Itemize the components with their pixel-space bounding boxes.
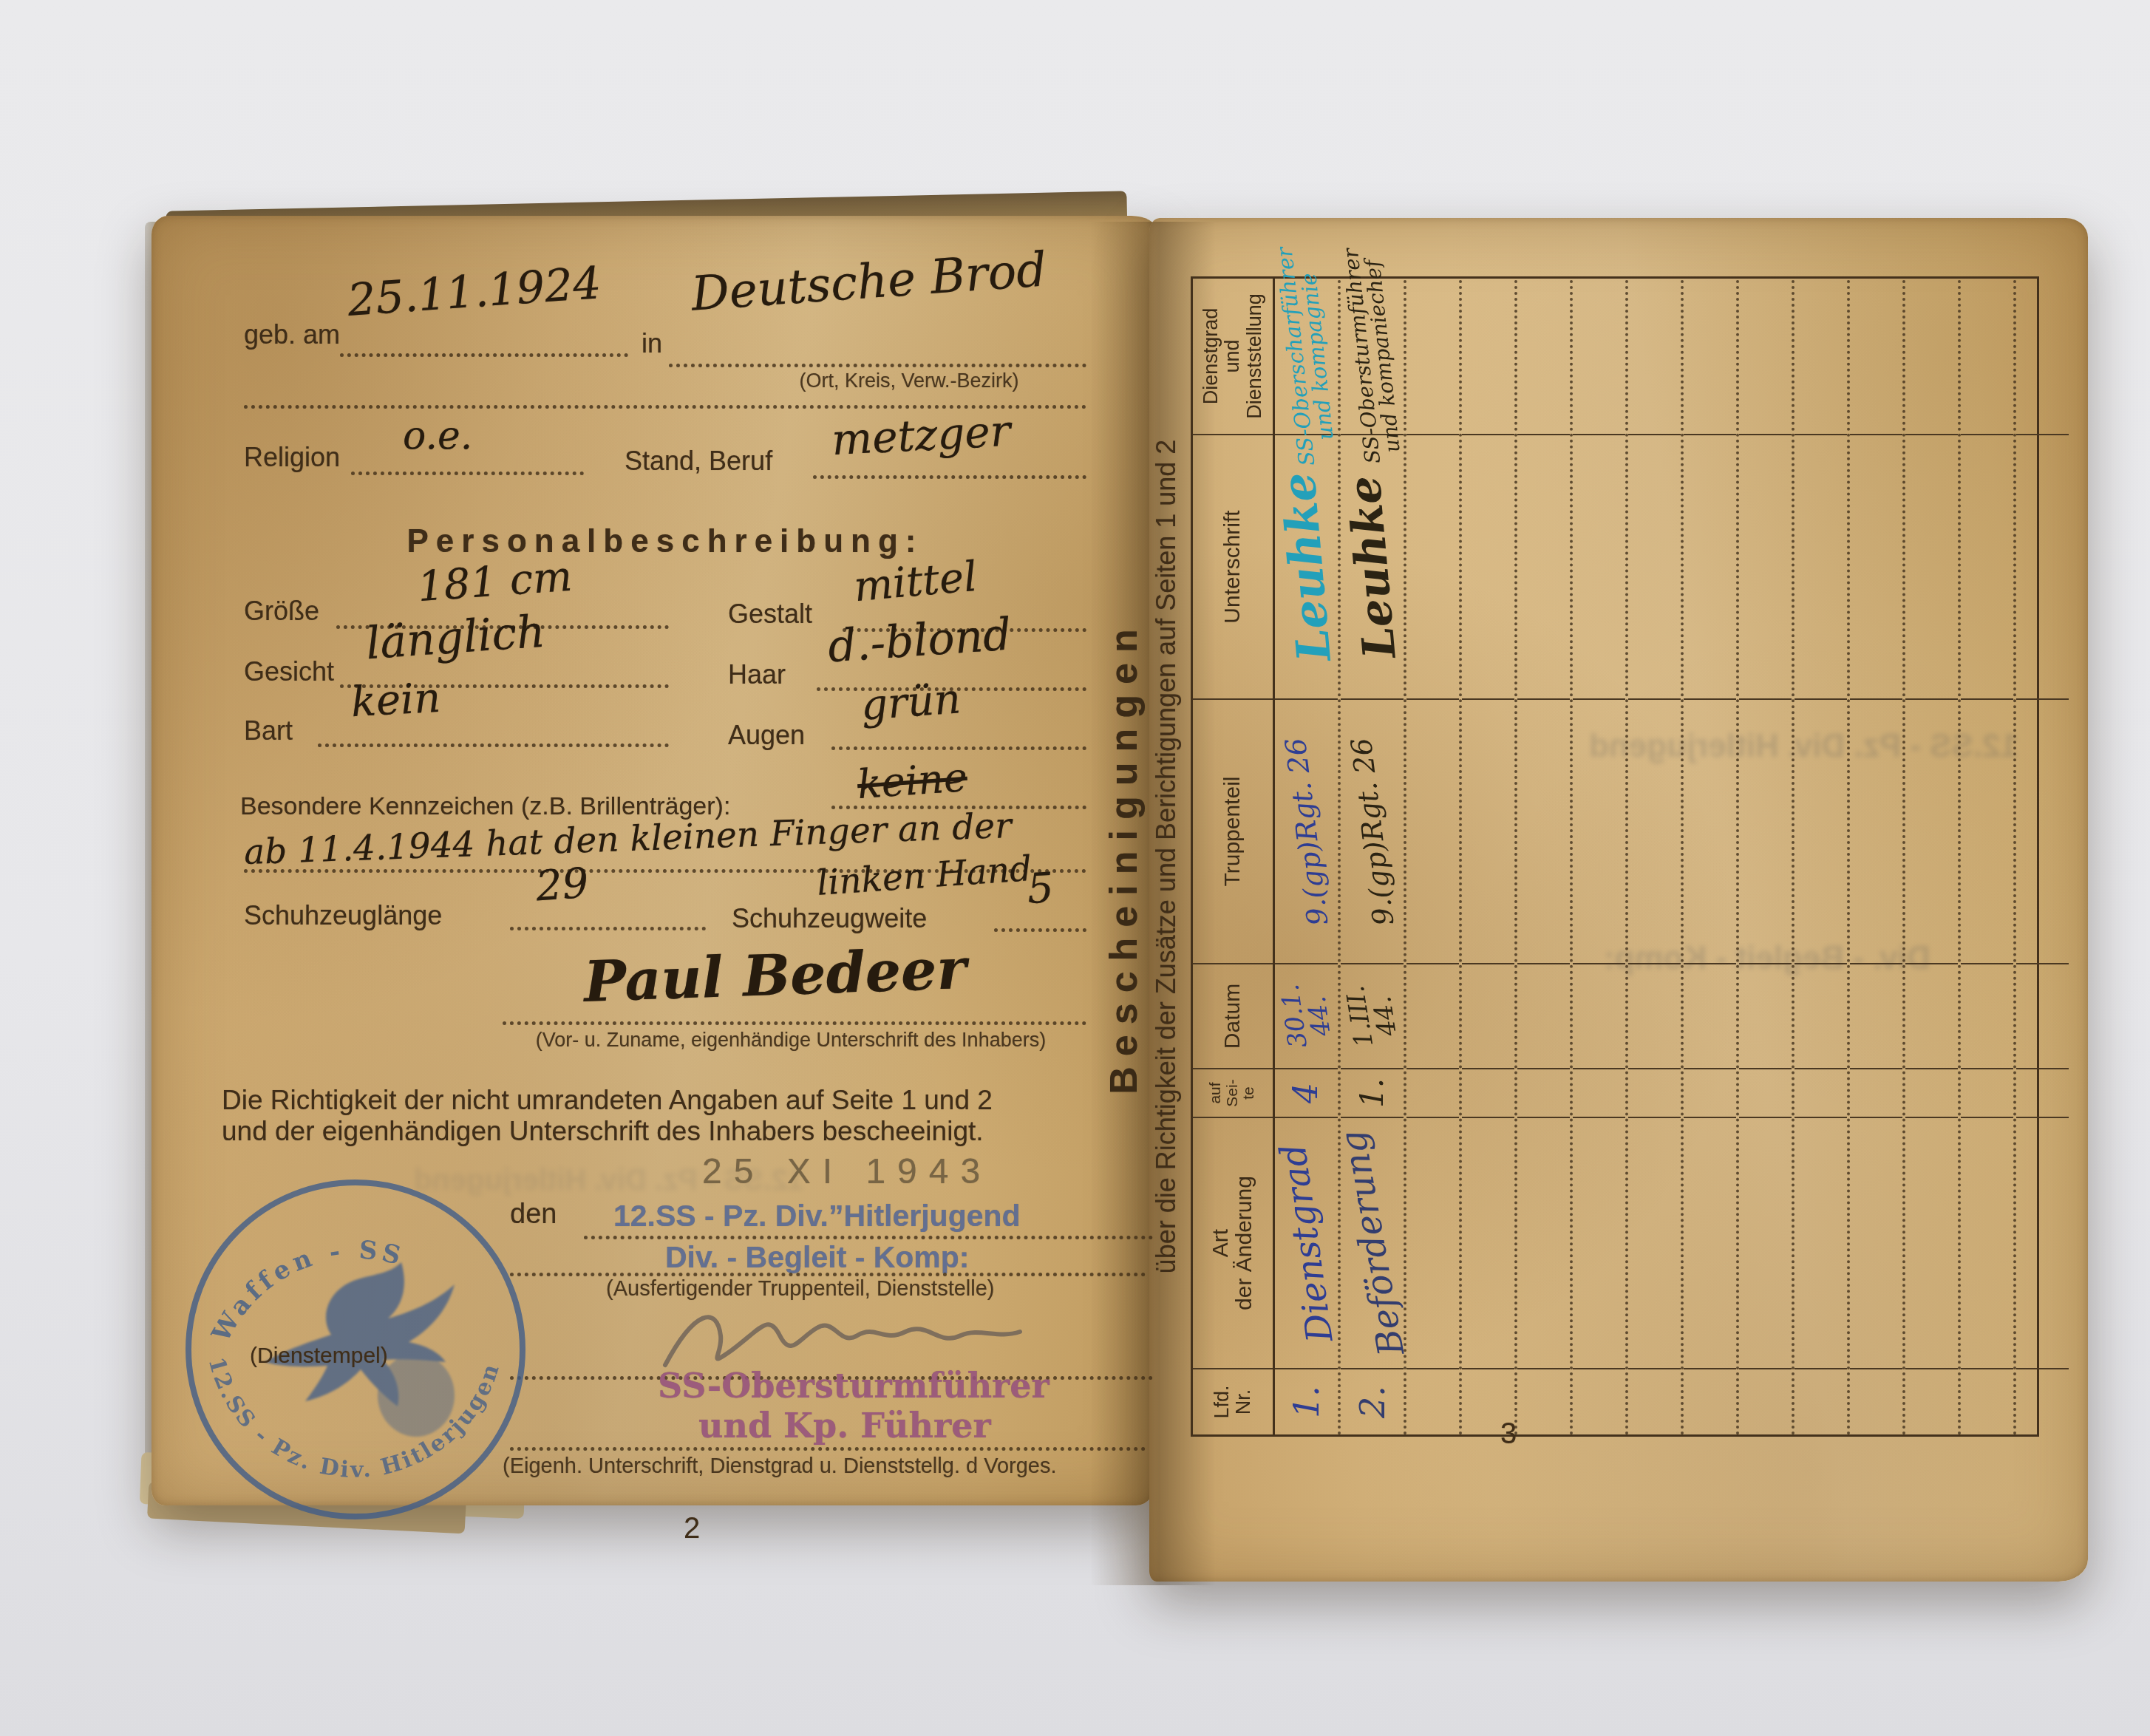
empty-cell (1961, 1118, 2013, 1369)
empty-cell (1573, 700, 1625, 964)
unit-stamp-line1: 12.SS - Pz. Div.”Hitlerjugend (613, 1199, 1021, 1233)
empty-cell (1850, 700, 1902, 964)
empty-cell (1794, 1369, 1847, 1434)
dotted-line (510, 927, 706, 930)
row2-datum: 1.III. 44. (1341, 964, 1404, 1069)
empty-cell (1684, 1118, 1736, 1369)
empty-cell (1406, 1369, 1459, 1434)
header-datum: Datum (1193, 964, 1273, 1069)
empty-cell (1406, 435, 1459, 700)
empty-cell (1684, 435, 1736, 700)
schuhlaenge-label: Schuhzeuglänge (244, 900, 442, 931)
empty-cell (1961, 435, 2013, 700)
row2-dienstgrad: SS-Obersturmführer und kompaniechef (1341, 279, 1404, 435)
empty-cell (1462, 700, 1514, 964)
table-row-empty (1739, 279, 1794, 1434)
row2-seite: 1. (1341, 1069, 1404, 1118)
augen-value: grün (860, 675, 962, 729)
dotted-line (340, 353, 628, 357)
empty-cell (1462, 1118, 1514, 1369)
row1-truppenteil: 9.(gp)Rgt. 26 (1275, 700, 1338, 964)
right-page-number: 3 (1500, 1417, 1517, 1451)
header-lfd-nr: Lfd.Nr. (1193, 1369, 1273, 1434)
birth-label: geb. am (244, 319, 340, 350)
table-row-empty (1517, 279, 1573, 1434)
unit-stamp-line2: Div. - Begleit - Komp: (665, 1240, 970, 1275)
empty-cell (1684, 700, 1736, 964)
empty-cell (1406, 1118, 1459, 1369)
religion-value: o.e. (403, 414, 472, 458)
row1-nr: 1. (1275, 1369, 1338, 1434)
empty-cell (1905, 700, 1958, 964)
dotted-line (813, 475, 1086, 479)
header-unterschrift: Unterschrift (1193, 435, 1273, 700)
table-row-empty (1462, 279, 1517, 1434)
empty-cell (2016, 1369, 2069, 1434)
empty-cell (1905, 435, 1958, 700)
row1-dienstgrad: SS-Oberscharführer und kompagnie (1275, 279, 1338, 435)
empty-cell (1794, 1118, 1847, 1369)
table-row-empty (1406, 279, 1462, 1434)
birth-in-label: in (642, 328, 662, 359)
table-row: 1. Dienstgrad 4 30.1. 44. 9.(gp)Rgt. 26 … (1275, 279, 1341, 1434)
groesse-label: Größe (244, 596, 319, 627)
empty-cell (1628, 1069, 1681, 1118)
certification-line2: und der eigenhändigen Unterschrift des I… (222, 1116, 984, 1147)
table-row: 2. Beförderung 1. 1.III. 44. 9.(gp)Rgt. … (1341, 279, 1406, 1434)
gesicht-label: Gesicht (244, 656, 334, 687)
empty-cell (1794, 435, 1847, 700)
empty-cell (1905, 1369, 1958, 1434)
empty-cell (2016, 279, 2069, 435)
empty-cell (1739, 1069, 1792, 1118)
header-truppenteil: Truppenteil (1193, 700, 1273, 964)
empty-cell (1905, 964, 1958, 1069)
empty-cell (1850, 1069, 1902, 1118)
empty-cell (1628, 700, 1681, 964)
empty-cell (1850, 279, 1902, 435)
dotted-line (510, 1447, 1146, 1451)
table-row-empty (1905, 279, 1961, 1434)
empty-cell (1573, 435, 1625, 700)
empty-cell (1739, 1369, 1792, 1434)
empty-cell (1628, 964, 1681, 1069)
birth-caption: (Ort, Kreis, Verw.-Bezirk) (732, 370, 1086, 392)
empty-cell (1406, 279, 1459, 435)
dotted-line (318, 743, 669, 747)
owner-signature: Paul Bedeer (583, 936, 967, 1015)
vorges-caption: (Eigenh. Unterschrift, Dienstgrad u. Die… (503, 1454, 1057, 1479)
empty-cell (1517, 1369, 1570, 1434)
empty-cell (1794, 700, 1847, 964)
bart-label: Bart (244, 715, 293, 746)
empty-cell (1961, 1369, 2013, 1434)
empty-cell (1628, 1118, 1681, 1369)
date-stamp: 25 XI 1943 (702, 1151, 992, 1192)
kennzeichen-label: Besondere Kennzeichen (z.B. Brillenträge… (240, 792, 730, 821)
row2-nr: 2. (1341, 1369, 1404, 1434)
empty-cell (1794, 1069, 1847, 1118)
table-row-empty (1850, 279, 1905, 1434)
kennzeichen-value: keine (856, 754, 969, 808)
empty-cell (1794, 964, 1847, 1069)
owner-signature-caption: (Vor- u. Zuname, eigenhändige Unterschri… (458, 1029, 1123, 1052)
empty-cell (1406, 700, 1459, 964)
empty-cell (1573, 1369, 1625, 1434)
empty-cell (1794, 279, 1847, 435)
empty-cell (1739, 1118, 1792, 1369)
table-row-empty (1961, 279, 2016, 1434)
empty-cell (1739, 279, 1792, 435)
empty-cell (1684, 1069, 1736, 1118)
header-auf-seite: aufSei-te (1193, 1069, 1273, 1118)
empty-cell (1573, 964, 1625, 1069)
photo-scene: geb. am 25.11.1924 in Deutsche Brod (Ort… (0, 0, 2150, 1736)
empty-cell (1406, 964, 1459, 1069)
empty-cell (1905, 1118, 1958, 1369)
left-page-number: 2 (684, 1512, 700, 1545)
header-dienstgrad: Dienstgradund Dienststellung (1193, 279, 1273, 435)
dotted-line (584, 1236, 1153, 1239)
empty-cell (1406, 1069, 1459, 1118)
dotted-line (831, 746, 1086, 750)
schuhweite-value: 5 (1026, 864, 1055, 913)
certification-table: Lfd.Nr. Artder Änderung aufSei-te Datum … (1191, 276, 2039, 1437)
empty-cell (1739, 700, 1792, 964)
augen-label: Augen (728, 720, 805, 751)
empty-cell (1739, 964, 1792, 1069)
officer-stamp-line2: und Kp. Führer (698, 1406, 991, 1446)
empty-cell (2016, 1118, 2069, 1369)
empty-cell (1462, 279, 1514, 435)
empty-cell (1573, 279, 1625, 435)
empty-cell (1462, 435, 1514, 700)
empty-cell (1517, 964, 1570, 1069)
table-row-empty (1628, 279, 1684, 1434)
empty-cell (1961, 279, 2013, 435)
haar-label: Haar (728, 659, 786, 690)
schuhweite-label: Schuhzeugweite (732, 903, 927, 934)
schuhlaenge-value: 29 (534, 860, 591, 911)
empty-cell (1517, 1118, 1570, 1369)
empty-cell (1739, 435, 1792, 700)
officer-stamp-line1: SS-Obersturmführer (658, 1366, 1050, 1406)
empty-cell (1517, 1069, 1570, 1118)
empty-cell (1628, 1369, 1681, 1434)
empty-cell (1462, 1069, 1514, 1118)
empty-cell (1961, 1069, 2013, 1118)
dotted-line (669, 364, 1086, 367)
empty-cell (2016, 700, 2069, 964)
empty-cell (1684, 964, 1736, 1069)
table-row-empty (2016, 279, 2069, 1434)
empty-cell (1573, 1069, 1625, 1118)
beruf-label: Stand, Beruf (625, 446, 772, 477)
empty-cell (1850, 1118, 1902, 1369)
empty-cell (1961, 964, 2013, 1069)
empty-cell (1850, 1369, 1902, 1434)
empty-cell (1684, 1369, 1736, 1434)
table-row-empty (1684, 279, 1739, 1434)
dotted-line (510, 1273, 1146, 1276)
empty-cell (1517, 700, 1570, 964)
empty-cell (1517, 435, 1570, 700)
table-row-empty (1573, 279, 1628, 1434)
empty-cell (2016, 964, 2069, 1069)
empty-cell (1684, 279, 1736, 435)
row1-seite: 4 (1275, 1069, 1338, 1118)
empty-cell (2016, 435, 2069, 700)
row1-datum: 30.1. 44. (1275, 964, 1338, 1069)
header-art: Artder Änderung (1193, 1118, 1273, 1369)
empty-cell (1850, 435, 1902, 700)
empty-cell (1462, 964, 1514, 1069)
dotted-line (503, 1021, 1086, 1025)
dienststempel-label: (Dienstempel) (250, 1344, 388, 1369)
dotted-line (351, 472, 584, 475)
empty-cell (1517, 279, 1570, 435)
bart-value: kein (350, 674, 441, 726)
section-title: Personalbeschreibung: (355, 523, 976, 560)
empty-cell (1850, 964, 1902, 1069)
row2-truppenteil: 9.(gp)Rgt. 26 (1341, 700, 1404, 964)
dotted-line (994, 928, 1086, 932)
table-row-empty (1794, 279, 1850, 1434)
religion-label: Religion (244, 442, 340, 473)
row2-art: Beförderung (1341, 1118, 1404, 1369)
row1-art: Dienstgrad (1275, 1118, 1338, 1369)
empty-cell (1905, 1069, 1958, 1118)
certification-line1: Die Richtigkeit der nicht umrandeten Ang… (222, 1085, 993, 1116)
row1-unterschrift: Leuhke (1275, 435, 1338, 700)
empty-cell (1905, 279, 1958, 435)
empty-cell (2016, 1069, 2069, 1118)
empty-cell (1628, 435, 1681, 700)
beruf-value: metzger (830, 406, 1012, 466)
certification-rotated-block: Bescheinigungen über die Richtigkeit der… (1102, 276, 2035, 1437)
empty-cell (1573, 1118, 1625, 1369)
gestalt-label: Gestalt (728, 599, 812, 630)
row2-unterschrift: Leuhke (1341, 435, 1404, 700)
empty-cell (1628, 279, 1681, 435)
cert-subtitle: über die Richtigkeit der Zusätze und Ber… (1151, 276, 1182, 1437)
cert-title: Bescheinigungen (1102, 276, 1146, 1437)
table-header-row: Lfd.Nr. Artder Änderung aufSei-te Datum … (1193, 279, 1275, 1434)
empty-cell (1961, 700, 2013, 964)
